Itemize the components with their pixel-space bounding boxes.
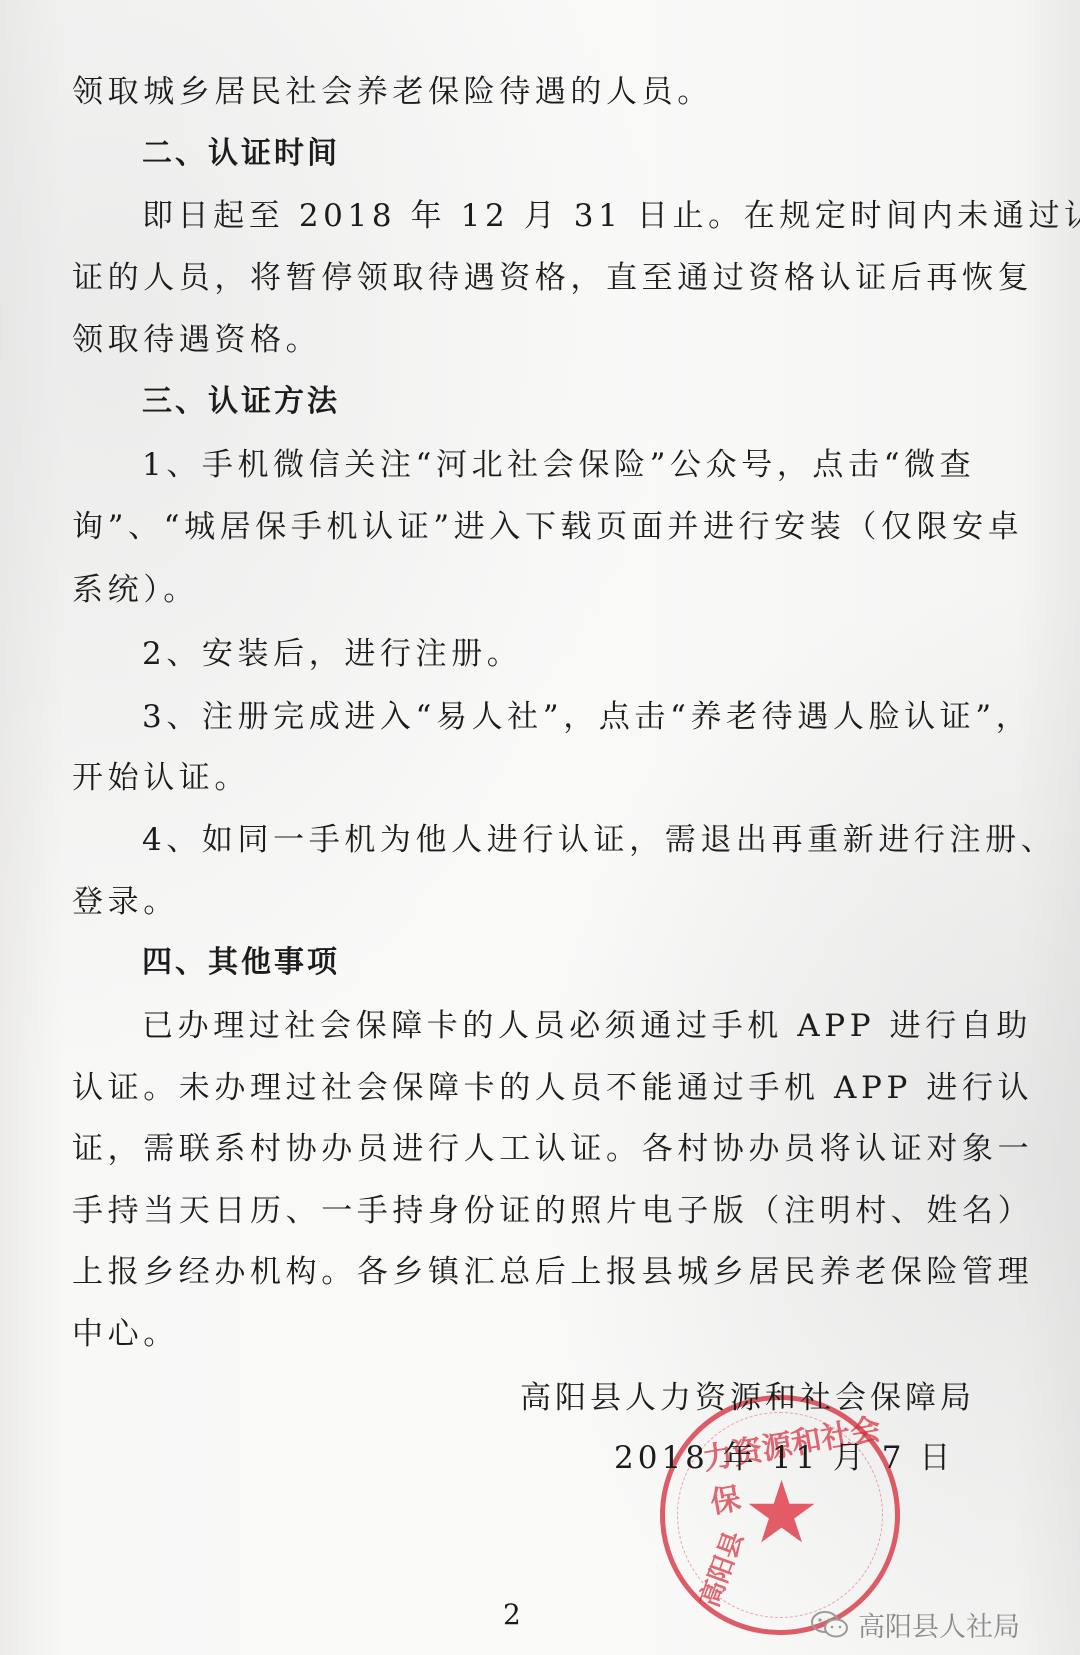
section-heading-method: 三、认证方法: [0, 382, 1080, 422]
body-line: 系统）。: [0, 570, 1080, 610]
wechat-icon: [810, 1610, 850, 1640]
body-line: 上报乡经办机构。各乡镇汇总后上报县城乡居民养老保险管理: [0, 1252, 1080, 1292]
section-heading-other: 四、其他事项: [0, 943, 1080, 983]
watermark-account-name: 高阳县人社局: [858, 1605, 1020, 1644]
body-line: 询”、“城居保手机认证”进入下载页面并进行安装（仅限安卓: [0, 507, 1080, 547]
body-line: 领取待遇资格。: [0, 320, 1080, 360]
section-heading-time: 二、认证时间: [0, 134, 1080, 174]
body-line: 3、注册完成进入“易人社”，点击“养老待遇人脸认证”，: [0, 697, 1080, 737]
wechat-watermark: 高阳县人社局: [810, 1605, 1020, 1644]
body-line: 证，需联系村协办员进行人工认证。各村协办员将认证对象一: [0, 1129, 1080, 1169]
body-line: 证的人员，将暂停领取待遇资格，直至通过资格认证后再恢复: [0, 258, 1080, 298]
body-line: 登录。: [0, 882, 1080, 922]
body-line: 手持当天日历、一手持身份证的照片电子版（注明村、姓名）: [0, 1191, 1080, 1231]
body-line: 领取城乡居民社会养老保险待遇的人员。: [0, 72, 1080, 112]
issuer-signature: 高阳县人力资源和社会保障局: [520, 1372, 975, 1417]
body-line: 认证。未办理过社会保障卡的人员不能通过手机 APP 进行认: [0, 1068, 1080, 1108]
issue-date: 2018 年 11 月 7 日: [614, 1432, 954, 1477]
body-line: 中心。: [0, 1314, 1080, 1354]
body-line: 开始认证。: [0, 758, 1080, 798]
page-number: 2: [503, 1598, 521, 1631]
body-line: 2、安装后，进行注册。: [0, 634, 1080, 674]
body-line: 即日起至 2018 年 12 月 31 日止。在规定时间内未通过认: [0, 196, 1080, 236]
body-line: 已办理过社会保障卡的人员必须通过手机 APP 进行自助: [0, 1006, 1080, 1046]
body-line: 1、手机微信关注“河北社会保险”公众号，点击“微查: [0, 445, 1080, 485]
official-seal: ★ 力资源和社会保 高阳县: [660, 1395, 900, 1635]
document-page: 领取城乡居民社会养老保险待遇的人员。 二、认证时间 即日起至 2018 年 12…: [0, 0, 1080, 1655]
body-line: 4、如同一手机为他人进行认证，需退出再重新进行注册、: [0, 820, 1080, 860]
